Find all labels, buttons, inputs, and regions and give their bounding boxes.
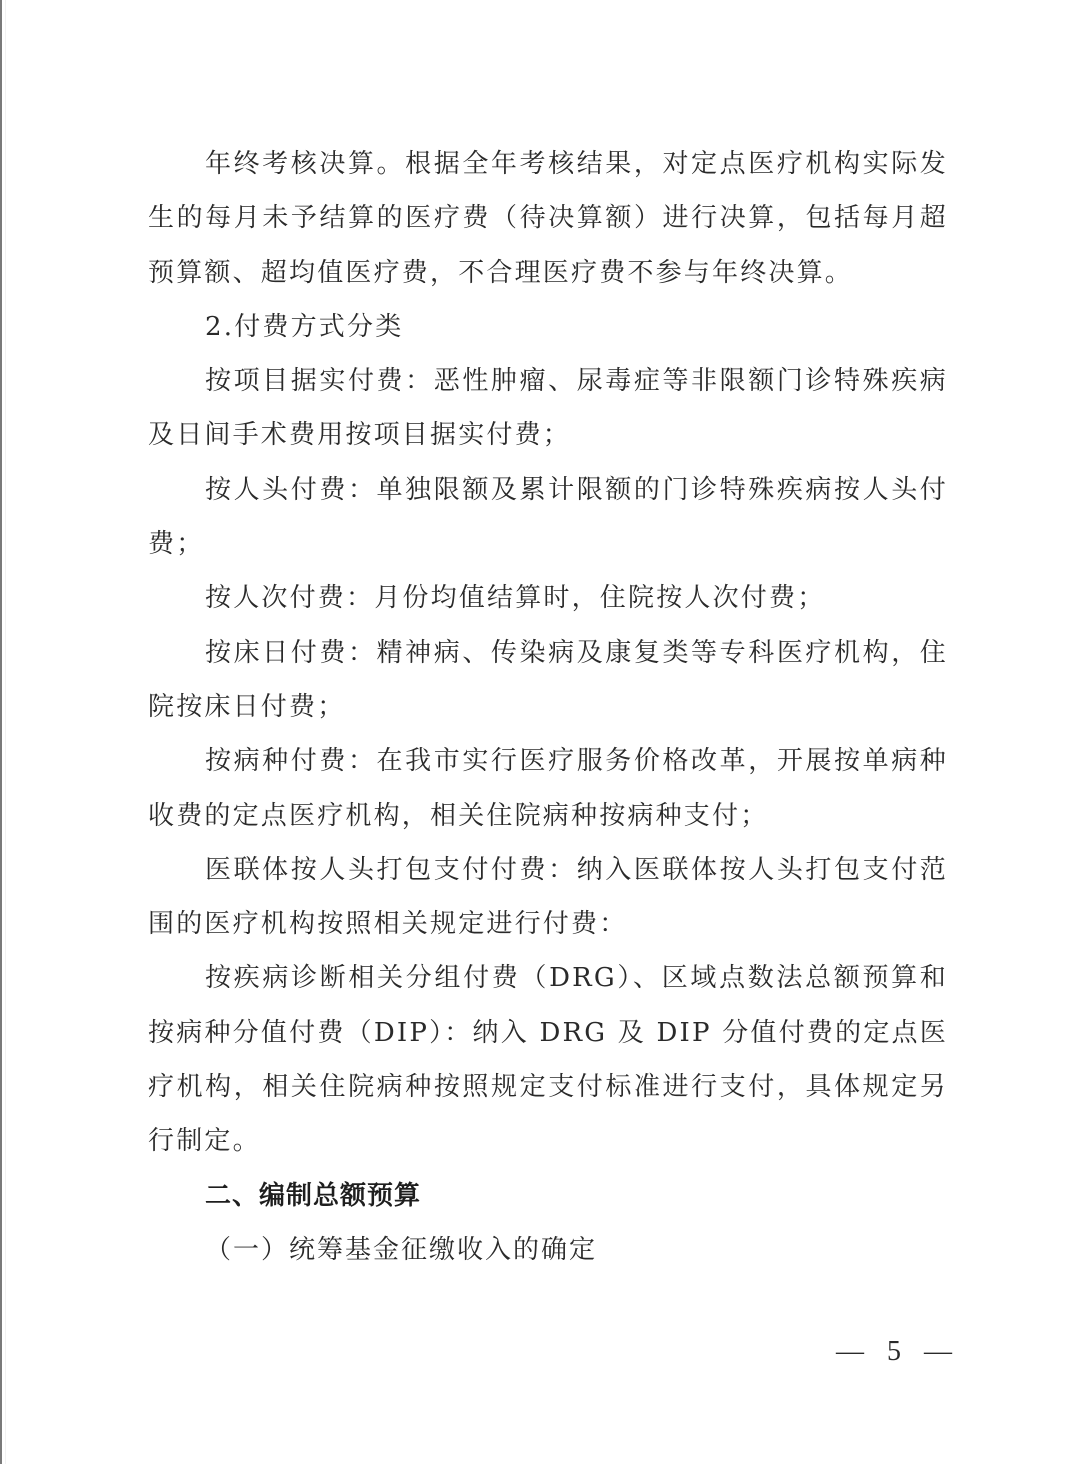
paragraph-medical-alliance-capitation: 医联体按人头打包支付付费：纳入医联体按人头打包支付范围的医疗机构按照相关规定进行… — [148, 843, 948, 952]
paragraph-drg-dip: 按疾病诊断相关分组付费（DRG）、区域点数法总额预算和按病种分值付费（DIP）：… — [148, 951, 948, 1168]
scan-edge-shadow — [5, 0, 6, 1464]
paragraph-payment-classification-title: 2.付费方式分类 — [148, 300, 948, 354]
paragraph-pay-by-bed-day: 按床日付费：精神病、传染病及康复类等专科医疗机构，住院按床日付费； — [148, 626, 948, 735]
paragraph-pay-by-disease: 按病种付费：在我市实行医疗服务价格改革，开展按单病种收费的定点医疗机构，相关住院… — [148, 734, 948, 843]
paragraph-pay-by-item: 按项目据实付费：恶性肿瘤、尿毒症等非限额门诊特殊疾病及日间手术费用按项目据实付费… — [148, 354, 948, 463]
section-heading-total-budget: 二、编制总额预算 — [148, 1169, 948, 1223]
paragraph-pay-by-capitation: 按人头付费：单独限额及累计限额的门诊特殊疾病按人头付费； — [148, 463, 948, 572]
subsection-heading-fund-income: （一）统筹基金征缴收入的确定 — [148, 1223, 948, 1277]
scan-left-edge — [0, 0, 2, 1464]
page-number: — 5 — — [836, 1336, 960, 1368]
paragraph-year-end-settlement: 年终考核决算。根据全年考核结果，对定点医疗机构实际发生的每月未予结算的医疗费（待… — [148, 137, 948, 300]
document-page: 年终考核决算。根据全年考核结果，对定点医疗机构实际发生的每月未予结算的医疗费（待… — [148, 137, 948, 1277]
paragraph-pay-by-visit: 按人次付费：月份均值结算时，住院按人次付费； — [148, 571, 948, 625]
